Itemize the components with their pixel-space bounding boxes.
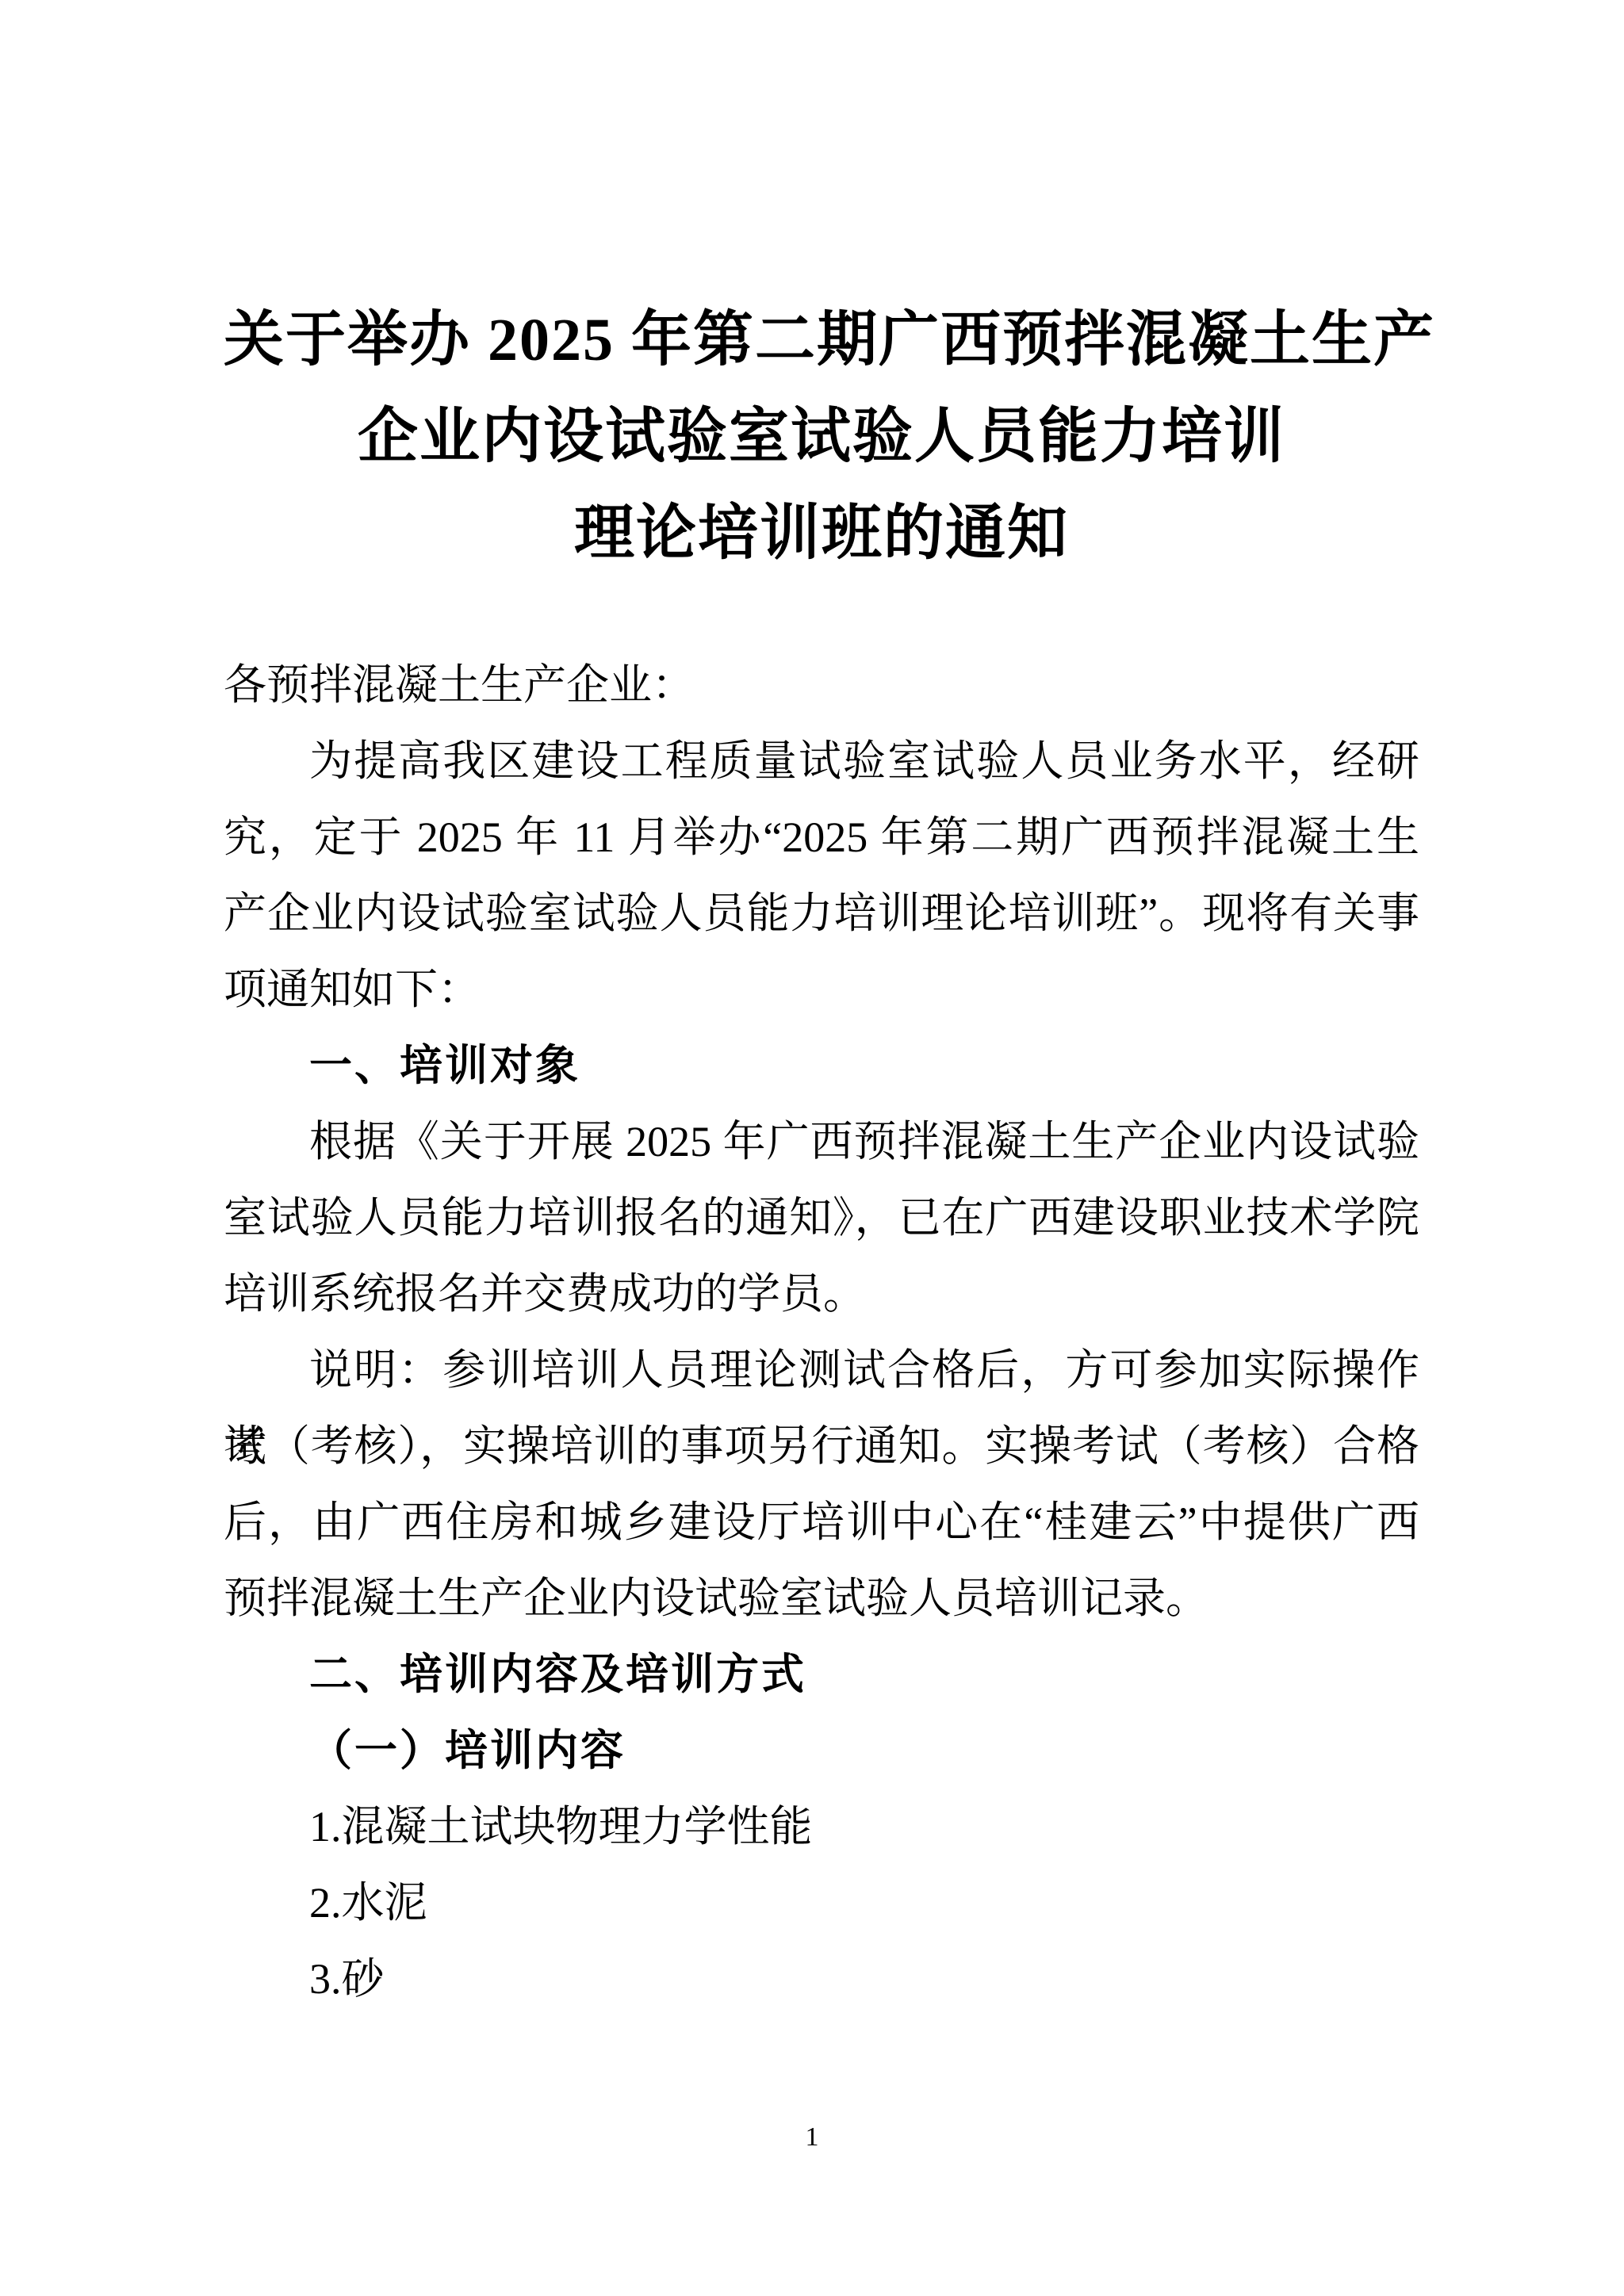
paragraph-line: 根据《关于开展 2025 年广西预拌混凝土生产企业内设试验 [224,1104,1419,1180]
paragraph-line: 究，定于 2025 年 11 月举办“2025 年第二期广西预拌混凝土生 [224,799,1419,875]
subsection-heading: （一）培训内容 [224,1712,1419,1789]
paragraph-line: 培训系统报名并交费成功的学员。 [224,1256,1419,1332]
paragraph-line: 为提高我区建设工程质量试验室试验人员业务水平，经研 [224,723,1419,799]
title-line-2: 企业内设试验室试验人员能力培训 [224,388,1419,485]
document-body: 各预拌混凝土生产企业：为提高我区建设工程质量试验室试验人员业务水平，经研究，定于… [224,647,1419,2017]
salutation-line: 各预拌混凝土生产企业： [224,647,1419,723]
list-item-1: 1.混凝土试块物理力学性能 [224,1789,1419,1865]
notice-document-page: 关于举办 2025 年第二期广西预拌混凝土生产 企业内设试验室试验人员能力培训 … [0,0,1624,2296]
title-line-3: 理论培训班的通知 [224,485,1419,582]
document-title: 关于举办 2025 年第二期广西预拌混凝土生产 企业内设试验室试验人员能力培训 … [224,292,1419,582]
section-2-heading: 二、培训内容及培训方式 [224,1636,1419,1712]
paragraph-line: 室试验人员能力培训报名的通知》，已在广西建设职业技术学院 [224,1180,1419,1256]
paragraph-line: 产企业内设试验室试验人员能力培训理论培训班”。现将有关事 [224,875,1419,951]
list-item-3: 3.砂 [224,1941,1419,2017]
paragraph-line: 后，由广西住房和城乡建设厅培训中心在“桂建云”中提供广西 [224,1484,1419,1560]
paragraph-line: 试（考核），实操培训的事项另行通知。实操考试（考核）合格 [224,1408,1419,1484]
paragraph-line: 预拌混凝土生产企业内设试验室试验人员培训记录。 [224,1560,1419,1636]
list-item-2: 2.水泥 [224,1865,1419,1941]
section-1-heading: 一、培训对象 [224,1027,1419,1104]
paragraph-line: 项通知如下： [224,951,1419,1027]
paragraph-line: 说明：参训培训人员理论测试合格后，方可参加实际操作考 [224,1332,1419,1408]
page-number: 1 [0,2118,1624,2156]
title-line-1: 关于举办 2025 年第二期广西预拌混凝土生产 [224,292,1419,388]
